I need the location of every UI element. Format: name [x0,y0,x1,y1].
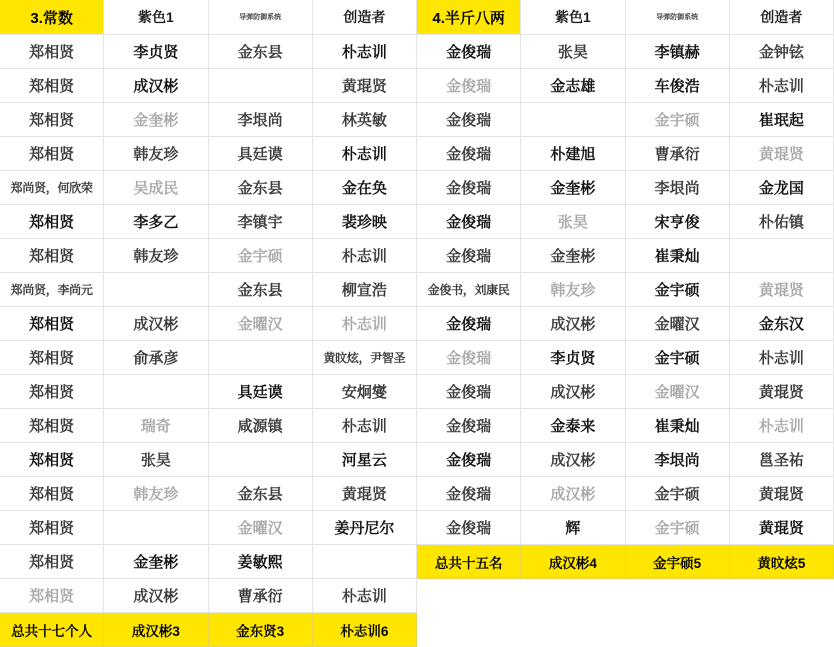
cell[interactable]: 金俊瑞 [417,443,521,477]
table-row: 郑相贤韩友珍金东县黄琨贤 [0,477,417,511]
cell[interactable]: 姜丹尼尔 [313,511,417,545]
cell[interactable]: 裴珍映 [313,205,417,239]
cell[interactable]: 张昊 [521,35,625,69]
cell[interactable]: 黄琨贤 [313,477,417,511]
cell[interactable]: 金俊书，刘康民 [417,273,521,307]
cell[interactable]: 金宇硕 [626,341,730,375]
cell[interactable]: 郑尚贤，李尚元 [0,273,104,307]
cell[interactable]: 郑尚贤，何欣荣 [0,171,104,205]
cell[interactable]: 金东县 [209,477,313,511]
cell[interactable]: 邕圣祐 [730,443,834,477]
cell[interactable]: 曹承衍 [626,137,730,171]
cell[interactable]: 黄琨贤 [313,69,417,103]
cell[interactable] [104,375,208,409]
cell[interactable]: 郑相贤 [0,443,104,477]
footer-cell[interactable]: 总共十七个人 [0,613,104,647]
cell[interactable]: 柳宣浩 [313,273,417,307]
cell[interactable]: 金在奂 [313,171,417,205]
cell[interactable]: 金宇硕 [626,273,730,307]
cell[interactable]: 朴佑镇 [730,205,834,239]
cell[interactable]: 郑相贤 [0,375,104,409]
cell[interactable]: 成汉彬 [104,69,208,103]
cell[interactable] [209,443,313,477]
cell[interactable]: 金奎彬 [521,239,625,273]
cell[interactable]: 金东县 [209,273,313,307]
cell[interactable]: 郑相贤 [0,409,104,443]
cell[interactable]: 金宇硕 [626,103,730,137]
cell[interactable]: 金曜汉 [209,511,313,545]
cell[interactable]: 咸源镇 [209,409,313,443]
cell[interactable] [521,103,625,137]
cell[interactable] [313,545,417,579]
cell[interactable]: 朴志训 [313,35,417,69]
cell[interactable]: 成汉彬 [104,579,208,613]
cell[interactable]: 金俊瑞 [417,409,521,443]
table-row: 金俊瑞辉金宇硕黄琨贤 [417,511,834,545]
table-row: 金俊瑞张昊李镇赫金钟铉 [417,35,834,69]
cell[interactable]: 吴成民 [104,171,208,205]
cell[interactable]: 郑相贤 [0,579,104,613]
header-row: 4.半斤八两紫色1导弹防御系统创造者 [417,0,834,35]
cell[interactable]: 金东县 [209,171,313,205]
column-header[interactable]: 紫色1 [104,0,208,35]
table-row: 郑相贤具廷谟安炯燮 [0,375,417,409]
cell[interactable]: 金宇硕 [626,477,730,511]
table-row: 郑尚贤，李尚元金东县柳宣浩 [0,273,417,307]
cell[interactable]: 金俊瑞 [417,35,521,69]
cell[interactable]: 朴志训 [313,239,417,273]
cell[interactable]: 黄琨贤 [730,477,834,511]
cell[interactable] [104,273,208,307]
cell[interactable]: 金俊瑞 [417,375,521,409]
header-row: 3.常数紫色1导弹防御系统创造者 [0,0,417,35]
table-row: 金俊瑞朴建旭曹承衍黄琨贤 [417,137,834,171]
cell[interactable]: 金俊瑞 [417,341,521,375]
cell[interactable]: 俞承彦 [104,341,208,375]
cell[interactable]: 成汉彬 [521,477,625,511]
cell[interactable]: 车俊浩 [626,69,730,103]
cell[interactable]: 金俊瑞 [417,69,521,103]
cell[interactable]: 成汉彬 [521,307,625,341]
cell[interactable]: 金宇硕 [626,511,730,545]
footer-cell[interactable]: 黄旼炫5 [730,545,834,579]
cell[interactable] [209,69,313,103]
cell[interactable]: 金俊瑞 [417,171,521,205]
cell[interactable]: 成汉彬 [104,307,208,341]
cell[interactable]: 李贞贤 [521,341,625,375]
cell[interactable]: 李垠尚 [626,443,730,477]
footer-row: 总共十七个人成汉彬3金东贤3朴志训6 [0,613,417,647]
cell[interactable]: 具廷谟 [209,375,313,409]
table-row: 金俊瑞李贞贤金宇硕朴志训 [417,341,834,375]
cell[interactable]: 安炯燮 [313,375,417,409]
cell[interactable]: 黄旼炫，尹智圣 [313,341,417,375]
cell[interactable]: 张昊 [521,205,625,239]
table-row: 郑相贤张昊河星云 [0,443,417,477]
cell[interactable]: 李镇赫 [626,35,730,69]
cell[interactable] [730,239,834,273]
cell[interactable]: 瑞奇 [104,409,208,443]
cell[interactable]: 朴志训 [313,409,417,443]
cell[interactable]: 郑相贤 [0,511,104,545]
table-row: 郑相贤俞承彦黄旼炫，尹智圣 [0,341,417,375]
table-row: 金俊瑞张昊宋亨俊朴佑镇 [417,205,834,239]
cell[interactable]: 金龙国 [730,171,834,205]
cell[interactable]: 韩友珍 [521,273,625,307]
cell[interactable]: 金宇硕 [209,239,313,273]
cell[interactable]: 朴志训 [730,341,834,375]
cell[interactable]: 郑相贤 [0,103,104,137]
cell[interactable]: 金俊瑞 [417,511,521,545]
table-row: 郑相贤韩友珍金宇硕朴志训 [0,239,417,273]
footer-cell[interactable]: 总共十五名 [417,545,521,579]
table-row: 郑相贤李贞贤金东县朴志训 [0,35,417,69]
cell[interactable]: 宋亨俊 [626,205,730,239]
cell[interactable]: 郑相贤 [0,239,104,273]
table-row: 郑相贤成汉彬黄琨贤 [0,69,417,103]
cell[interactable]: 崔秉灿 [626,409,730,443]
cell[interactable]: 金俊瑞 [417,103,521,137]
column-header[interactable]: 创造者 [730,0,834,35]
cell[interactable]: 辉 [521,511,625,545]
cell[interactable]: 李垠尚 [626,171,730,205]
cell[interactable]: 韩友珍 [104,239,208,273]
table-row: 郑相贤韩友珍具廷谟朴志训 [0,137,417,171]
cell[interactable]: 黄琨贤 [730,375,834,409]
cell[interactable]: 张昊 [104,443,208,477]
cell[interactable]: 郑相贤 [0,477,104,511]
cell[interactable]: 金泰来 [521,409,625,443]
table-row: 郑相贤金曜汉姜丹尼尔 [0,511,417,545]
cell[interactable]: 成汉彬 [521,443,625,477]
cell[interactable]: 金俊瑞 [417,205,521,239]
left-table: 3.常数紫色1导弹防御系统创造者郑相贤李贞贤金东县朴志训郑相贤成汉彬黄琨贤郑相贤… [0,0,417,647]
cell[interactable] [209,341,313,375]
cell[interactable] [104,511,208,545]
cell[interactable]: 金奎彬 [104,545,208,579]
table-row: 金俊瑞成汉彬金曜汉金东汉 [417,307,834,341]
column-header[interactable]: 紫色1 [521,0,625,35]
cell[interactable]: 金俊瑞 [417,477,521,511]
cell[interactable]: 李多乙 [104,205,208,239]
cell[interactable]: 朴志训 [313,137,417,171]
cell[interactable]: 韩友珍 [104,477,208,511]
cell[interactable]: 金俊瑞 [417,239,521,273]
column-header[interactable]: 导弹防御系统 [209,0,313,35]
cell[interactable]: 朴建旭 [521,137,625,171]
cell[interactable]: 金奎彬 [521,171,625,205]
right-table: 4.半斤八两紫色1导弹防御系统创造者金俊瑞张昊李镇赫金钟铉金俊瑞金志雄车俊浩朴志… [417,0,834,579]
footer-cell[interactable]: 朴志训6 [313,613,417,647]
cell[interactable]: 金俊瑞 [417,307,521,341]
cell[interactable]: 郑相贤 [0,341,104,375]
footer-cell[interactable]: 成汉彬3 [104,613,208,647]
table-row: 郑尚贤，何欣荣吴成民金东县金在奂 [0,171,417,205]
cell[interactable]: 金曜汉 [626,375,730,409]
cell[interactable]: 李垠尚 [209,103,313,137]
footer-cell[interactable]: 金东贤3 [209,613,313,647]
cell[interactable]: 金奎彬 [104,103,208,137]
cell[interactable]: 郑相贤 [0,307,104,341]
cell[interactable]: 朴志训 [313,579,417,613]
cell[interactable]: 郑相贤 [0,545,104,579]
cell[interactable]: 曹承衍 [209,579,313,613]
cell[interactable]: 韩友珍 [104,137,208,171]
table-row: 金俊瑞金奎彬李垠尚金龙国 [417,171,834,205]
cell[interactable]: 姜敏熙 [209,545,313,579]
cell[interactable]: 林英敏 [313,103,417,137]
cell[interactable]: 金东汉 [730,307,834,341]
table-title[interactable]: 3.常数 [0,0,104,35]
cell[interactable]: 郑相贤 [0,205,104,239]
cell[interactable]: 河星云 [313,443,417,477]
cell[interactable]: 金曜汉 [626,307,730,341]
cell[interactable]: 黄琨贤 [730,137,834,171]
cell[interactable]: 黄琨贤 [730,273,834,307]
cell[interactable]: 朴志训 [313,307,417,341]
cell[interactable]: 郑相贤 [0,137,104,171]
cell[interactable]: 金志雄 [521,69,625,103]
table-row: 金俊瑞金奎彬崔秉灿 [417,239,834,273]
footer-row: 总共十五名成汉彬4金宇硕5黄旼炫5 [417,545,834,579]
cell[interactable]: 金曜汉 [209,307,313,341]
table-row: 金俊书，刘康民韩友珍金宇硕黄琨贤 [417,273,834,307]
cell[interactable]: 郑相贤 [0,69,104,103]
table-row: 金俊瑞成汉彬金曜汉黄琨贤 [417,375,834,409]
cell[interactable]: 李镇宇 [209,205,313,239]
table-row: 郑相贤金奎彬姜敏熙 [0,545,417,579]
cell[interactable]: 郑相贤 [0,35,104,69]
cell[interactable]: 朴志训 [730,409,834,443]
table-row: 金俊瑞成汉彬李垠尚邕圣祐 [417,443,834,477]
column-header[interactable]: 导弹防御系统 [626,0,730,35]
cell[interactable]: 金东县 [209,35,313,69]
table-row: 金俊瑞成汉彬金宇硕黄琨贤 [417,477,834,511]
footer-cell[interactable]: 金宇硕5 [626,545,730,579]
cell[interactable]: 金俊瑞 [417,137,521,171]
table-row: 金俊瑞金泰来崔秉灿朴志训 [417,409,834,443]
tables-canvas: 3.常数紫色1导弹防御系统创造者郑相贤李贞贤金东县朴志训郑相贤成汉彬黄琨贤郑相贤… [0,0,834,647]
table-row: 金俊瑞金志雄车俊浩朴志训 [417,69,834,103]
table-row: 郑相贤瑞奇咸源镇朴志训 [0,409,417,443]
table-row: 金俊瑞金宇硕崔珉起 [417,103,834,137]
cell[interactable]: 黄琨贤 [730,511,834,545]
cell[interactable]: 朴志训 [730,69,834,103]
table-row: 郑相贤成汉彬金曜汉朴志训 [0,307,417,341]
cell[interactable]: 崔珉起 [730,103,834,137]
column-header[interactable]: 创造者 [313,0,417,35]
cell[interactable]: 李贞贤 [104,35,208,69]
cell[interactable]: 金钟铉 [730,35,834,69]
table-row: 郑相贤金奎彬李垠尚林英敏 [0,103,417,137]
cell[interactable]: 具廷谟 [209,137,313,171]
footer-cell[interactable]: 成汉彬4 [521,545,625,579]
cell[interactable]: 成汉彬 [521,375,625,409]
table-row: 郑相贤成汉彬曹承衍朴志训 [0,579,417,613]
cell[interactable]: 崔秉灿 [626,239,730,273]
table-title[interactable]: 4.半斤八两 [417,0,521,35]
table-row: 郑相贤李多乙李镇宇裴珍映 [0,205,417,239]
